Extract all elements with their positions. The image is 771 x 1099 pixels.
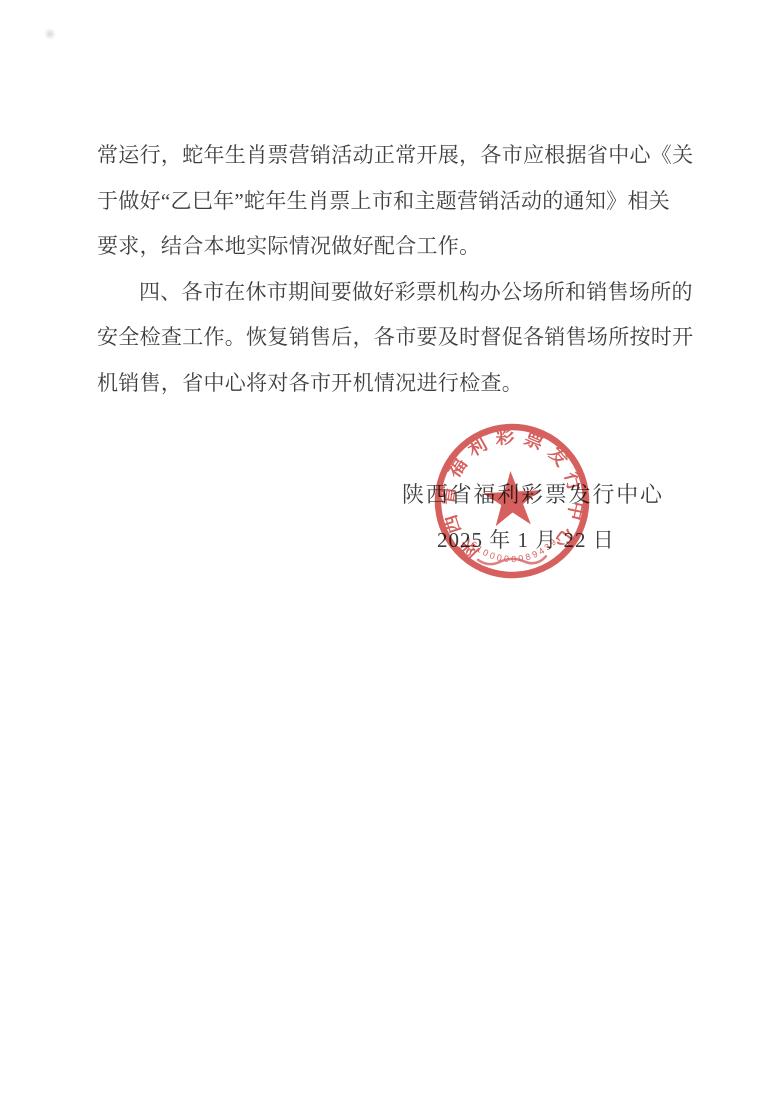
star-icon <box>482 470 542 527</box>
official-seal: 陕西省福利彩票发行中心 6100000089439 <box>423 412 602 591</box>
body-line: 安全检查工作。恢复销售后，各市要及时督促各销售场所按时开 <box>97 315 697 361</box>
body-line: 机销售，省中心将对各市开机情况进行检查。 <box>97 361 697 407</box>
body-line: 四、各市在休市期间要做好彩票机构办公场所和销售场所的 <box>97 270 697 316</box>
body-line: 于做好“乙巳年”蛇年生肖票上市和主题营销活动的通知》相关 <box>97 179 697 225</box>
document-body: 常运行，蛇年生肖票营销活动正常开展，各市应根据省中心《关 于做好“乙巳年”蛇年生… <box>97 133 697 406</box>
document-page: 常运行，蛇年生肖票营销活动正常开展，各市应根据省中心《关 于做好“乙巳年”蛇年生… <box>0 0 771 1099</box>
scan-artifact <box>44 28 56 40</box>
body-line: 常运行，蛇年生肖票营销活动正常开展，各市应根据省中心《关 <box>97 133 697 179</box>
body-line: 要求，结合本地实际情况做好配合工作。 <box>97 224 697 270</box>
